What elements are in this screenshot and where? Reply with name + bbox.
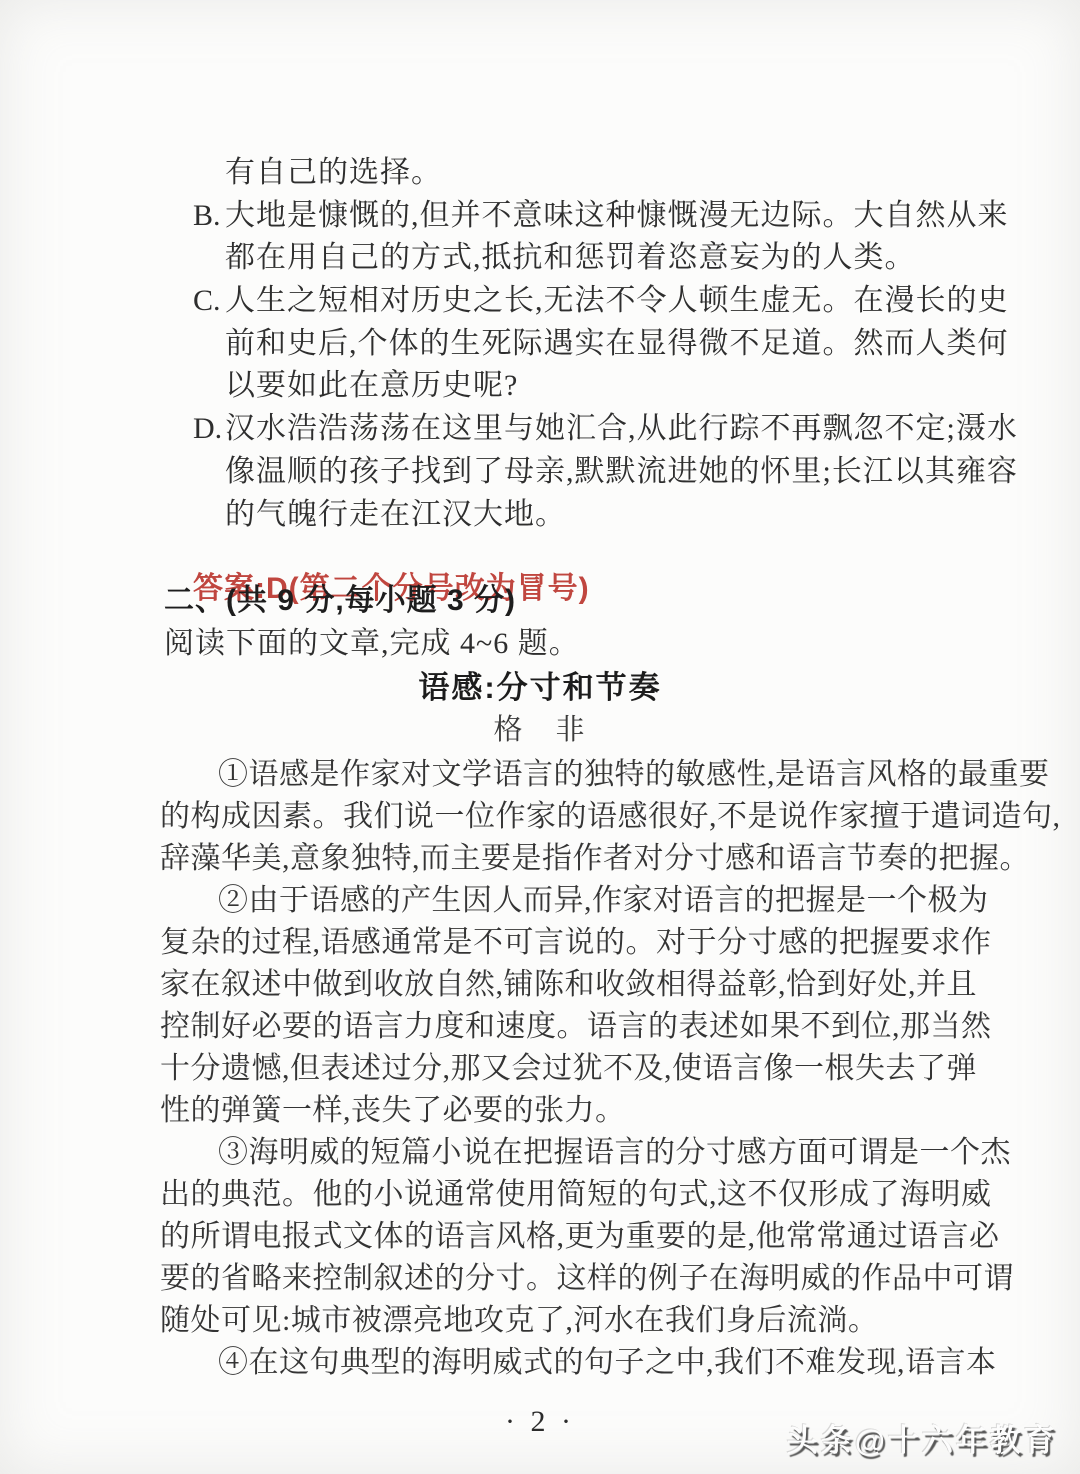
article-title: 语感:分寸和节奏 [0, 668, 1080, 708]
option-text: 像温顺的孩子找到了母亲,默默流进她的怀里;长江以其雍容 [225, 455, 1018, 488]
option-line: 有自己的选择。 [0, 152, 1080, 195]
option-text: 人生之短相对历史之长,无法不令人顿生虚无。在漫长的史 [225, 284, 1009, 317]
option-line: D.汉水浩浩荡荡在这里与她汇合,从此行踪不再飘忽不定;滠水 [0, 408, 1080, 451]
section-heading: 二、(共 9 分,每小题 3 分) [164, 580, 516, 622]
article-paragraph-line: ④在这句典型的海明威式的句子之中,我们不难发现,语言本 [0, 1342, 1080, 1384]
article-paragraph-line: 辞藻华美,意象独特,而主要是指作者对分寸感和语言节奏的把握。 [0, 838, 1080, 880]
option-label: D. [193, 408, 225, 451]
option-text: 都在用自己的方式,抵抗和惩罚着恣意妄为的人类。 [225, 241, 916, 274]
article-paragraph-line: 出的典范。他的小说通常使用简短的句式,这不仅形成了海明威 [0, 1174, 1080, 1216]
option-text: 以要如此在意历史呢? [225, 369, 518, 402]
section-intro: 阅读下面的文章,完成 4~6 题。 [164, 623, 580, 665]
option-text: 的气魄行走在江汉大地。 [225, 498, 566, 531]
question-options: 有自己的选择。B.大地是慷慨的,但并不意味这种慷慨漫无边际。大自然从来都在用自己… [0, 152, 1080, 536]
article-paragraph-line: 要的省略来控制叙述的分寸。这样的例子在海明威的作品中可谓 [0, 1258, 1080, 1300]
option-line: 都在用自己的方式,抵抗和惩罚着恣意妄为的人类。 [0, 237, 1080, 280]
option-label: C. [193, 280, 225, 323]
option-text: 前和史后,个体的生死际遇实在显得微不足道。然而人类何 [225, 327, 1009, 360]
article-paragraph-line: 的构成因素。我们说一位作家的语感很好,不是说作家擅于遣词造句, [0, 796, 1080, 838]
article-author: 格 非 [0, 710, 1080, 750]
option-line: 前和史后,个体的生死际遇实在显得微不足道。然而人类何 [0, 323, 1080, 366]
article-paragraph-line: ③海明威的短篇小说在把握语言的分寸感方面可谓是一个杰 [0, 1132, 1080, 1174]
article-paragraph-line: 复杂的过程,语感通常是不可言说的。对于分寸感的把握要求作 [0, 922, 1080, 964]
option-text: 有自己的选择。 [225, 156, 442, 189]
article-paragraph-line: 随处可见:城市被漂亮地攻克了,河水在我们身后流淌。 [0, 1300, 1080, 1342]
article-paragraph-line: 家在叙述中做到收放自然,铺陈和收敛相得益彰,恰到好处,并且 [0, 964, 1080, 1006]
option-line: B.大地是慷慨的,但并不意味这种慷慨漫无边际。大自然从来 [0, 195, 1080, 238]
article-paragraph-line: 十分遗憾,但表述过分,那又会过犹不及,使语言像一根失去了弹 [0, 1048, 1080, 1090]
article-paragraph-line: ②由于语感的产生因人而异,作家对语言的把握是一个极为 [0, 880, 1080, 922]
article-paragraph-line: ①语感是作家对文学语言的独特的敏感性,是语言风格的最重要 [0, 754, 1080, 796]
option-text: 汉水浩浩荡荡在这里与她汇合,从此行踪不再飘忽不定;滠水 [225, 412, 1018, 445]
option-line: 的气魄行走在江汉大地。 [0, 494, 1080, 537]
article-paragraph-line: 控制好必要的语言力度和速度。语言的表述如果不到位,那当然 [0, 1006, 1080, 1048]
watermark-text: 头条@十六年教育 [787, 1419, 1058, 1463]
option-line: 以要如此在意历史呢? [0, 365, 1080, 408]
option-line: 像温顺的孩子找到了母亲,默默流进她的怀里;长江以其雍容 [0, 451, 1080, 494]
option-label: B. [193, 195, 225, 238]
article-paragraph-line: 的所谓电报式文体的语言风格,更为重要的是,他常常通过语言必 [0, 1216, 1080, 1258]
option-text: 大地是慷慨的,但并不意味这种慷慨漫无边际。大自然从来 [225, 199, 1009, 232]
article-body: ①语感是作家对文学语言的独特的敏感性,是语言风格的最重要的构成因素。我们说一位作… [0, 754, 1080, 1384]
article-paragraph-line: 性的弹簧一样,丧失了必要的张力。 [0, 1090, 1080, 1132]
exam-page-scan: 有自己的选择。B.大地是慷慨的,但并不意味这种慷慨漫无边际。大自然从来都在用自己… [0, 0, 1080, 1474]
option-line: C.人生之短相对历史之长,无法不令人顿生虚无。在漫长的史 [0, 280, 1080, 323]
